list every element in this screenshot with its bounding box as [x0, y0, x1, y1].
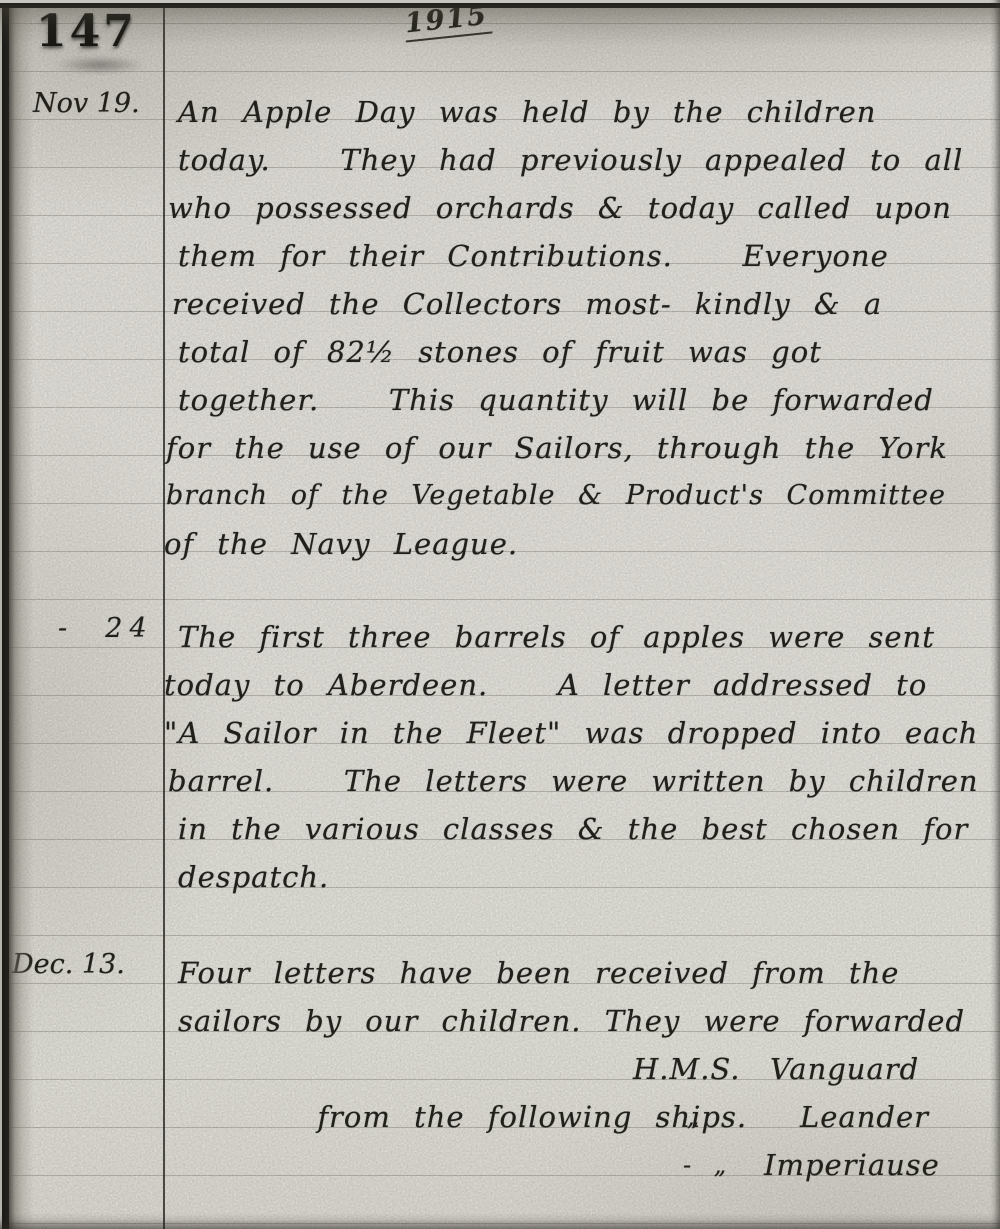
- year-heading: 1915: [402, 0, 492, 42]
- entry-line: in the various classes & the best chosen…: [178, 805, 986, 853]
- entry-line: received the Collectors most- kindly & a: [172, 280, 986, 328]
- entry-line: total of 82½ stones of fruit was got: [178, 328, 986, 376]
- ship-prefix: H.M.S.: [633, 1045, 740, 1093]
- log-entry: Four letters have been received from the…: [178, 949, 986, 1189]
- entry-line: "A Sailor in the Fleet" was dropped into…: [164, 709, 986, 757]
- scan-edge-right: [990, 0, 1000, 1229]
- log-entry: An Apple Day was held by the children to…: [178, 88, 986, 568]
- ship-name: Imperiause: [764, 1141, 940, 1189]
- entry-line: for the use of our Sailors, through the …: [166, 424, 986, 472]
- log-entry: The first three barrels of apples were s…: [178, 613, 986, 901]
- entry-line: from the following ships. H.M.S. Vanguar…: [178, 1045, 986, 1093]
- entry-line: barrel. The letters were written by chil…: [168, 757, 986, 805]
- entry-line: - „ Imperiause: [178, 1141, 986, 1189]
- ship-name: Vanguard: [770, 1045, 919, 1093]
- entry-date: Nov 19.: [33, 88, 140, 119]
- entry-line: who possessed orchards & today called up…: [168, 184, 986, 232]
- scan-edge-bottom: [0, 1213, 1000, 1229]
- ship-name: Leander: [800, 1093, 929, 1141]
- entry-line: together. This quantity will be forwarde…: [178, 376, 986, 424]
- margin-rule: [163, 6, 165, 1229]
- ship-ditto-mark: - „: [683, 1141, 727, 1189]
- entry-line: sailors by our children. They were forwa…: [178, 997, 986, 1045]
- ship-ditto-mark: - „: [656, 1093, 700, 1141]
- scan-edge-top: [0, 0, 1000, 46]
- page-number: 147: [36, 6, 137, 57]
- entry-line: them for their Contributions. Everyone: [178, 232, 986, 280]
- entry-line: branch of the Vegetable & Product's Comm…: [166, 472, 986, 520]
- logbook-page: 147 1915 Nov 19. An Apple Day was held b…: [0, 0, 1000, 1229]
- entry-line: The first three barrels of apples were s…: [178, 613, 986, 661]
- entry-line: despatch.: [178, 853, 986, 901]
- entry-line: today to Aberdeen. A letter addressed to: [164, 661, 986, 709]
- entry-line: today. They had previously appealed to a…: [178, 136, 986, 184]
- entry-date: - 24: [58, 613, 154, 644]
- entry-line: An Apple Day was held by the children: [178, 88, 986, 136]
- entry-line: - „ Leander: [178, 1093, 986, 1141]
- binding-edge: [0, 0, 34, 1229]
- entry-line: Four letters have been received from the: [178, 949, 986, 997]
- entry-line: of the Navy League.: [164, 520, 986, 568]
- entry-date: Dec. 13.: [12, 949, 125, 980]
